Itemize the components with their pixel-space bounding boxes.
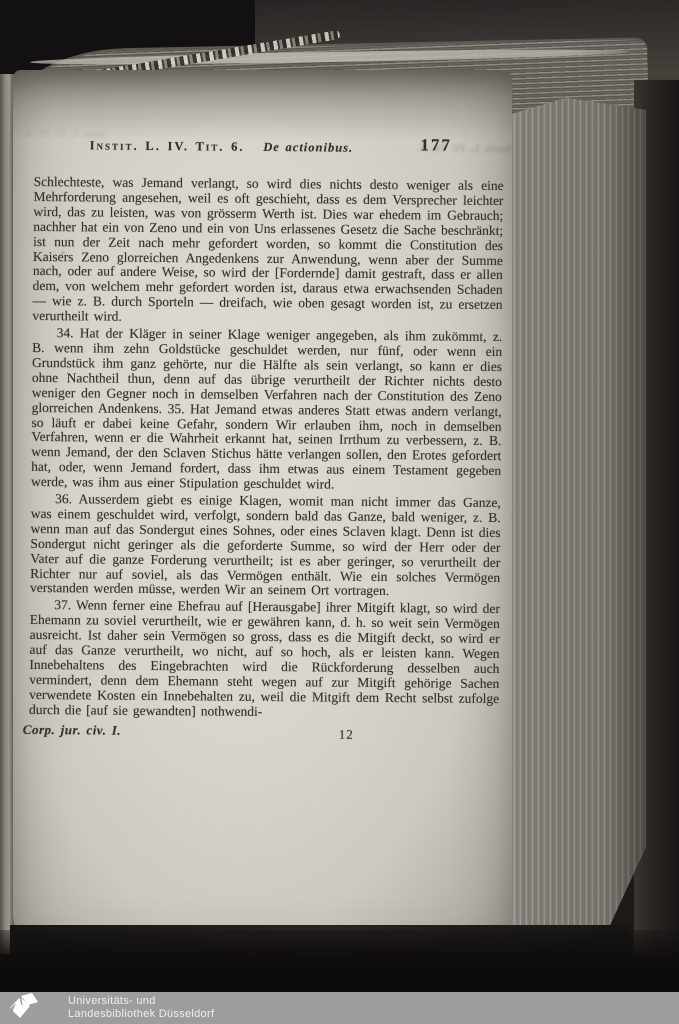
header-center: Instit. L. IV. Tit. 6. De actionibus. bbox=[34, 138, 409, 156]
printed-text-block: Instit. L. IV. Tit. 6. Instit. L. IV. Ti… bbox=[29, 138, 504, 745]
volume-signature: Corp. jur. civ. I. bbox=[23, 722, 121, 738]
sheet-signature-number: 12 bbox=[339, 727, 354, 742]
paragraph-continuation: Schlechteste, was Jemand verlangt, so wi… bbox=[32, 175, 503, 328]
bleed-through-text: Instit. L. IV. Tit. 6. bbox=[418, 141, 512, 157]
body-text: Schlechteste, was Jemand verlangt, so wi… bbox=[29, 175, 504, 722]
library-watermark-bar: Universitäts- und Landesbibliothek Düsse… bbox=[0, 992, 679, 1024]
paragraph-36: 36. Ausserdem giebt es einige Klagen, wo… bbox=[30, 492, 501, 600]
book-scan-photo: Instit. L. IV. Tit. 6. Instit. L. IV. Ti… bbox=[0, 0, 679, 1024]
library-name: Universitäts- und Landesbibliothek Düsse… bbox=[68, 995, 214, 1021]
library-name-line1: Universitäts- und bbox=[68, 995, 214, 1008]
paragraph-34-35: 34. Hat der Kläger in seiner Klage wenig… bbox=[31, 326, 502, 494]
header-title-latin: De actionibus. bbox=[263, 140, 353, 155]
paragraph-37: 37. Wenn ferner eine Ehefrau auf [Heraus… bbox=[29, 598, 500, 721]
running-header: Instit. L. IV. Tit. 6. Instit. L. IV. Ti… bbox=[34, 138, 504, 166]
photo-background-bottom bbox=[0, 930, 679, 996]
library-name-line2: Landesbibliothek Düsseldorf bbox=[68, 1008, 214, 1021]
library-logo-icon bbox=[8, 993, 54, 1023]
fore-edge-page-stack bbox=[508, 96, 646, 964]
header-work-reference: Instit. L. IV. Tit. 6. bbox=[90, 138, 245, 153]
